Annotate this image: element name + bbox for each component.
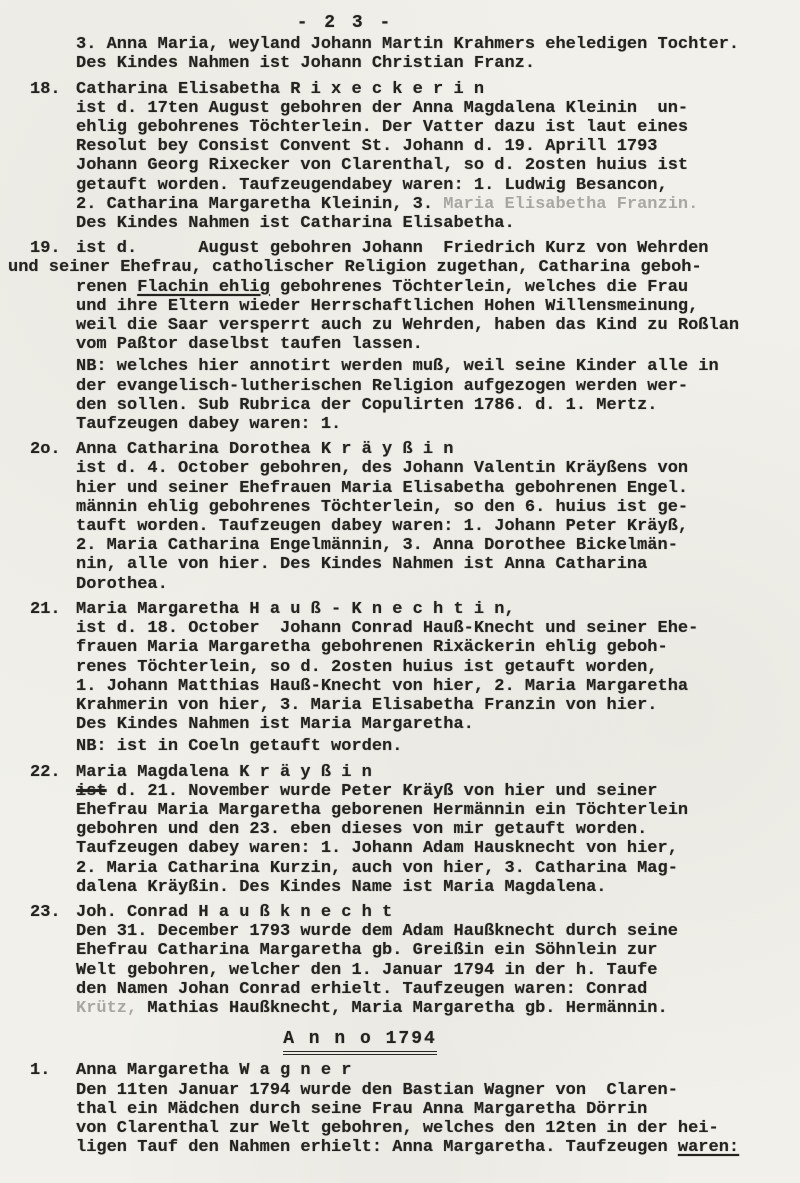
entry1-line: Den 11ten Januar 1794 wurde den Bastian … (76, 1081, 800, 1100)
entry22-line: Ehefrau Maria Margaretha geborenen Hermä… (76, 801, 800, 820)
previous-entry-continuation: 3. Anna Maria, weyland Johann Martin Kra… (76, 35, 800, 73)
entry19-nb-line: der evangelisch-lutherischen Religion au… (76, 377, 800, 396)
entry18-heading: 18.Catharina Elisabetha R i x e c k e r … (76, 80, 800, 99)
entry23-name: Joh. Conrad H a u ß k n e c h t (76, 903, 392, 922)
register-entry-18: 18.Catharina Elisabetha R i x e c k e r … (76, 80, 800, 234)
entry23-line: Krütz, Mathias Haußknecht, Maria Margare… (76, 999, 800, 1018)
scanned-register-page: - 2 3 - 3. Anna Maria, weyland Johann Ma… (0, 0, 800, 1183)
entry19-line: renen Flachin ehlig gebohrenes Töchterle… (76, 278, 800, 297)
entry23-line: Den 31. December 1793 wurde dem Adam Hau… (76, 922, 800, 941)
entry20-line: nin, alle von hier. Des Kindes Nahmen is… (76, 555, 800, 574)
entry19-number: 19. (30, 239, 61, 258)
entry19-line: und seiner Ehefrau, catholischer Religio… (8, 258, 800, 277)
entry19-line: weil die Saar versperrt auch zu Wehrden,… (76, 316, 800, 335)
entry19-line: und ihre Eltern wieder Herrschaftlichen … (76, 297, 800, 316)
entry20-line: Dorothea. (76, 575, 800, 594)
register-entry-1-1794: 1.Anna Margaretha W a g n e r Den 11ten … (76, 1061, 800, 1157)
entry19-line-text: ist d. August gebohren Johann Friedrich … (76, 239, 709, 258)
entry21-heading: 21.Maria Margaretha H a u ß - K n e c h … (76, 600, 800, 619)
entry18-line: getauft worden. Taufzeugendabey waren: 1… (76, 176, 800, 195)
entry1-number: 1. (30, 1061, 50, 1080)
entry22-line-part: d. 21. November wurde Peter Kräyß von hi… (107, 782, 658, 801)
entry23-line-part: Mathias Haußknecht, Maria Margaretha gb.… (137, 999, 668, 1018)
entry20-line: ist d. 4. October gebohren, des Johann V… (76, 459, 800, 478)
register-entry-19: 19.ist d. August gebohren Johann Friedri… (76, 239, 800, 434)
entry18-faded-text: Maria Elisabetha Franzin. (443, 195, 698, 214)
anno-1794-title: A n n o 1794 (283, 1030, 437, 1055)
entry21-nb-line: NB: ist in Coeln getauft worden. (76, 737, 800, 756)
entry22-line: dalena Kräyßin. Des Kindes Name ist Mari… (76, 878, 800, 897)
entry18-line: ehlig gebohrenes Töchterlein. Der Vatter… (76, 118, 800, 137)
entry21-name: Maria Margaretha H a u ß - K n e c h t i… (76, 600, 515, 619)
entry19-nota-bene: NB: welches hier annotirt werden muß, we… (76, 357, 800, 434)
entry23-line: den Namen Johan Conrad erhielt. Taufzeug… (76, 980, 800, 999)
register-entry-20: 2o.Anna Catharina Dorothea K r ä y ß i n… (76, 440, 800, 594)
entry23-faded-text: Krütz, (76, 999, 137, 1018)
entry1-line: von Clarenthal zur Welt gebohren, welche… (76, 1119, 800, 1138)
anno-1794-section-heading: A n n o 1794 (0, 1030, 720, 1055)
entry21-line: frauen Maria Margaretha gebohrenen Rixäc… (76, 638, 800, 657)
entry21-line: ist d. 18. October Johann Conrad Hauß-Kn… (76, 619, 800, 638)
entry21-line: Des Kindes Nahmen ist Maria Margaretha. (76, 715, 800, 734)
entry19-nb-line: den sollen. Sub Rubrica der Copulirten 1… (76, 396, 800, 415)
entry22-line: Taufzeugen dabey waren: 1. Johann Adam H… (76, 839, 800, 858)
entry20-line: männin ehlig gebohrenes Töchterlein, so … (76, 498, 800, 517)
register-entry-23: 23.Joh. Conrad H a u ß k n e c h t Den 3… (76, 903, 800, 1018)
entry18-name: Catharina Elisabetha R i x e c k e r i n (76, 80, 484, 99)
entry19-line-part: gebohrenes Töchterlein, welches die Frau (270, 278, 688, 297)
entry20-heading: 2o.Anna Catharina Dorothea K r ä y ß i n (76, 440, 800, 459)
entry1-name: Anna Margaretha W a g n e r (76, 1061, 351, 1080)
entry19-line: 19.ist d. August gebohren Johann Friedri… (76, 239, 800, 258)
entry23-line: Welt gebohren, welcher den 1. Januar 179… (76, 961, 800, 980)
entry23-line: Ehefrau Catharina Margaretha gb. Greißin… (76, 941, 800, 960)
entry21-line: Krahmerin von hier, 3. Maria Elisabetha … (76, 696, 800, 715)
entry1-line-part: ligen Tauf den Nahmen erhielt: Anna Marg… (76, 1138, 678, 1157)
entry22-line: gebohren und den 23. eben dieses von mir… (76, 820, 800, 839)
entry22-line: ist d. 21. November wurde Peter Kräyß vo… (76, 782, 800, 801)
page-number: - 2 3 - (0, 14, 690, 33)
entry19-underlined-text: Flachin ehlig (137, 278, 270, 297)
entry23-number: 23. (30, 903, 61, 922)
entry19-line: vom Paßtor daselbst taufen lassen. (76, 335, 800, 354)
register-entry-22: 22.Maria Magdalena K r ä y ß i n ist d. … (76, 763, 800, 897)
entry20-line: 2. Maria Catharina Engelmännin, 3. Anna … (76, 536, 800, 555)
prelude-line: Des Kindes Nahmen ist Johann Christian F… (76, 54, 800, 73)
entry21-line: 1. Johann Matthias Hauß-Knecht von hier,… (76, 677, 800, 696)
prelude-line: 3. Anna Maria, weyland Johann Martin Kra… (76, 35, 800, 54)
entry22-name: Maria Magdalena K r ä y ß i n (76, 763, 372, 782)
entry20-line: hier und seiner Ehefrauen Maria Elisabet… (76, 479, 800, 498)
entry18-number: 18. (30, 80, 61, 99)
entry21-line: renes Töchterlein, so d. 2osten huius is… (76, 658, 800, 677)
entry1-heading: 1.Anna Margaretha W a g n e r (76, 1061, 800, 1080)
entry18-line-part: 2. Catharina Margaretha Kleinin, 3. (76, 195, 443, 214)
entry22-heading: 22.Maria Magdalena K r ä y ß i n (76, 763, 800, 782)
register-entry-21: 21.Maria Margaretha H a u ß - K n e c h … (76, 600, 800, 757)
entry1-underlined-text: waren: (678, 1138, 739, 1157)
entry18-line: ist d. 17ten August gebohren der Anna Ma… (76, 99, 800, 118)
entry18-line: Johann Georg Rixecker von Clarenthal, so… (76, 156, 800, 175)
entry20-line: tauft worden. Taufzeugen dabey waren: 1.… (76, 517, 800, 536)
entry18-line: Resolut bey Consist Convent St. Johann d… (76, 137, 800, 156)
entry20-name: Anna Catharina Dorothea K r ä y ß i n (76, 440, 453, 459)
entry18-line: Des Kindes Nahmen ist Catharina Elisabet… (76, 214, 800, 233)
entry19-line-part: renen (76, 278, 137, 297)
entry20-number: 2o. (30, 440, 61, 459)
entry21-number: 21. (30, 600, 61, 619)
entry1-line: ligen Tauf den Nahmen erhielt: Anna Marg… (76, 1138, 800, 1157)
entry19-nb-line: Taufzeugen dabey waren: 1. (76, 415, 800, 434)
entry22-line: 2. Maria Catharina Kurzin, auch von hier… (76, 859, 800, 878)
entry22-number: 22. (30, 763, 61, 782)
entry18-line: 2. Catharina Margaretha Kleinin, 3. Mari… (76, 195, 800, 214)
entry22-struck-word: ist (76, 782, 107, 801)
entry1-line: thal ein Mädchen durch seine Frau Anna M… (76, 1100, 800, 1119)
entry23-heading: 23.Joh. Conrad H a u ß k n e c h t (76, 903, 800, 922)
entry19-nb-line: NB: welches hier annotirt werden muß, we… (76, 357, 800, 376)
